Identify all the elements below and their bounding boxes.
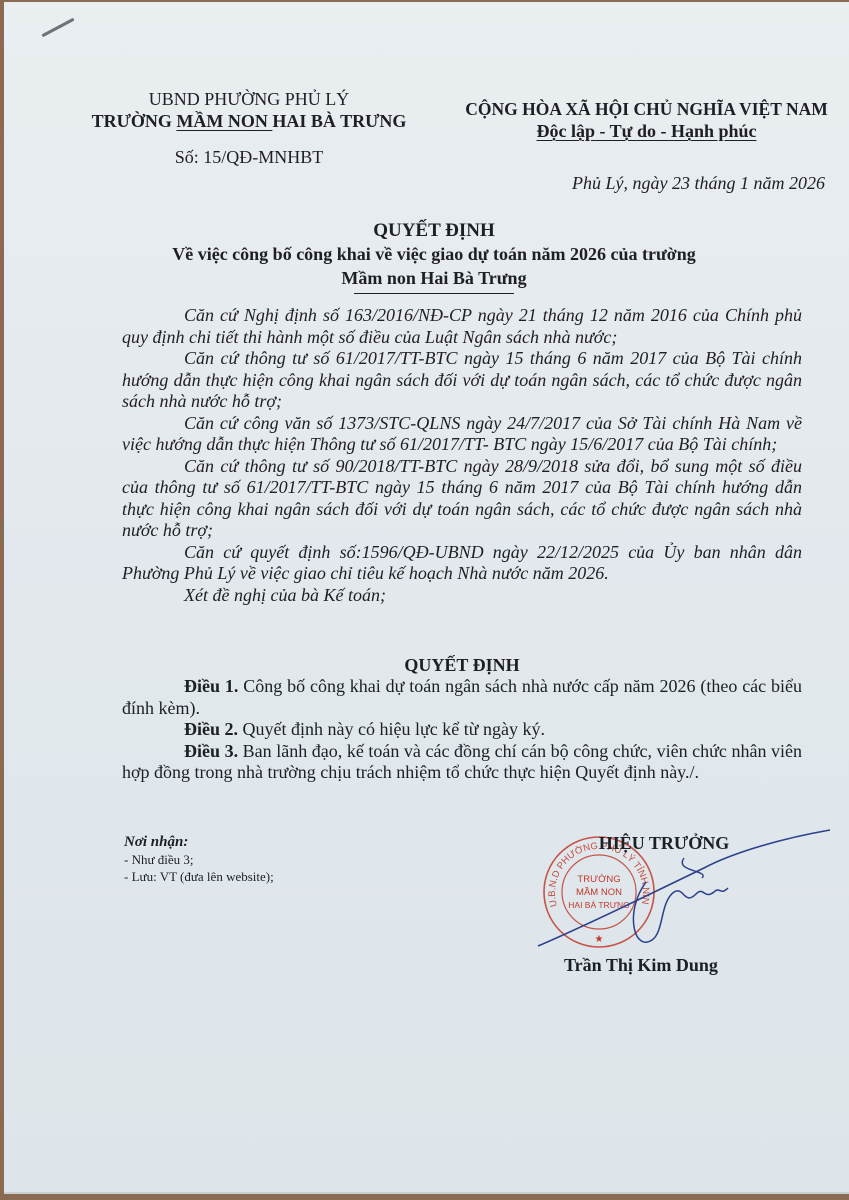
recipient-item: - Như điều 3; (124, 851, 274, 868)
legal-basis: Căn cứ thông tư số 61/2017/TT-BTC ngày 1… (122, 348, 802, 413)
issuer-header: UBND PHƯỜNG PHỦ LÝ TRƯỜNG MẦM NON HAI BÀ… (64, 88, 434, 168)
recipients-block: Nơi nhận: - Như điều 3; - Lưu: VT (đưa l… (124, 833, 274, 885)
legal-basis: Xét đề nghị của bà Kế toán; (122, 585, 802, 607)
document-title: QUYẾT ĐỊNH Về việc công bố công khai về … (104, 220, 764, 294)
nation-name: CỘNG HÒA XÃ HỘI CHỦ NGHĨA VIỆT NAM (444, 98, 849, 120)
authority-name: UBND PHƯỜNG PHỦ LÝ (64, 88, 434, 110)
school-name: TRƯỜNG MẦM NON HAI BÀ TRƯNG (64, 110, 434, 132)
article: Điều 1. Công bố công khai dự toán ngân s… (122, 676, 802, 719)
recipient-item: - Lưu: VT (đưa lên website); (124, 868, 274, 885)
legal-basis: Căn cứ Nghị định số 163/2016/NĐ-CP ngày … (122, 305, 802, 348)
handwritten-signature-icon (534, 822, 834, 962)
title-rule (354, 293, 514, 294)
legal-basis: Căn cứ công văn số 1373/STC-QLNS ngày 24… (122, 413, 802, 456)
legal-bases: Căn cứ Nghị định số 163/2016/NĐ-CP ngày … (122, 305, 802, 606)
national-motto: Độc lập - Tự do - Hạnh phúc (444, 120, 849, 142)
place-date: Phủ Lý, ngày 23 tháng 1 năm 2026 (444, 172, 849, 194)
document-page: UBND PHƯỜNG PHỦ LÝ TRƯỜNG MẦM NON HAI BÀ… (4, 2, 849, 1194)
title-subject-2: Mầm non Hai Bà Trưng (104, 266, 764, 290)
article: Điều 3. Ban lãnh đạo, kế toán và các đồn… (122, 741, 802, 784)
legal-basis: Căn cứ thông tư số 90/2018/TT-BTC ngày 2… (122, 456, 802, 542)
title-heading: QUYẾT ĐỊNH (104, 220, 764, 242)
title-subject-1: Về việc công bố công khai về việc giao d… (104, 242, 764, 266)
staple-mark (41, 18, 74, 38)
decision-section: QUYẾT ĐỊNH Điều 1. Công bố công khai dự … (122, 654, 802, 784)
legal-basis: Căn cứ quyết định số:1596/QĐ-UBND ngày 2… (122, 542, 802, 585)
article: Điều 2. Quyết định này có hiệu lực kể từ… (122, 719, 802, 741)
national-header: CỘNG HÒA XÃ HỘI CHỦ NGHĨA VIỆT NAM Độc l… (444, 98, 849, 194)
document-number: Số: 15/QĐ-MNHBT (64, 146, 434, 168)
signer-name: Trần Thị Kim Dung (564, 955, 718, 976)
decision-heading: QUYẾT ĐỊNH (122, 654, 802, 676)
recipients-title: Nơi nhận: (124, 833, 274, 851)
